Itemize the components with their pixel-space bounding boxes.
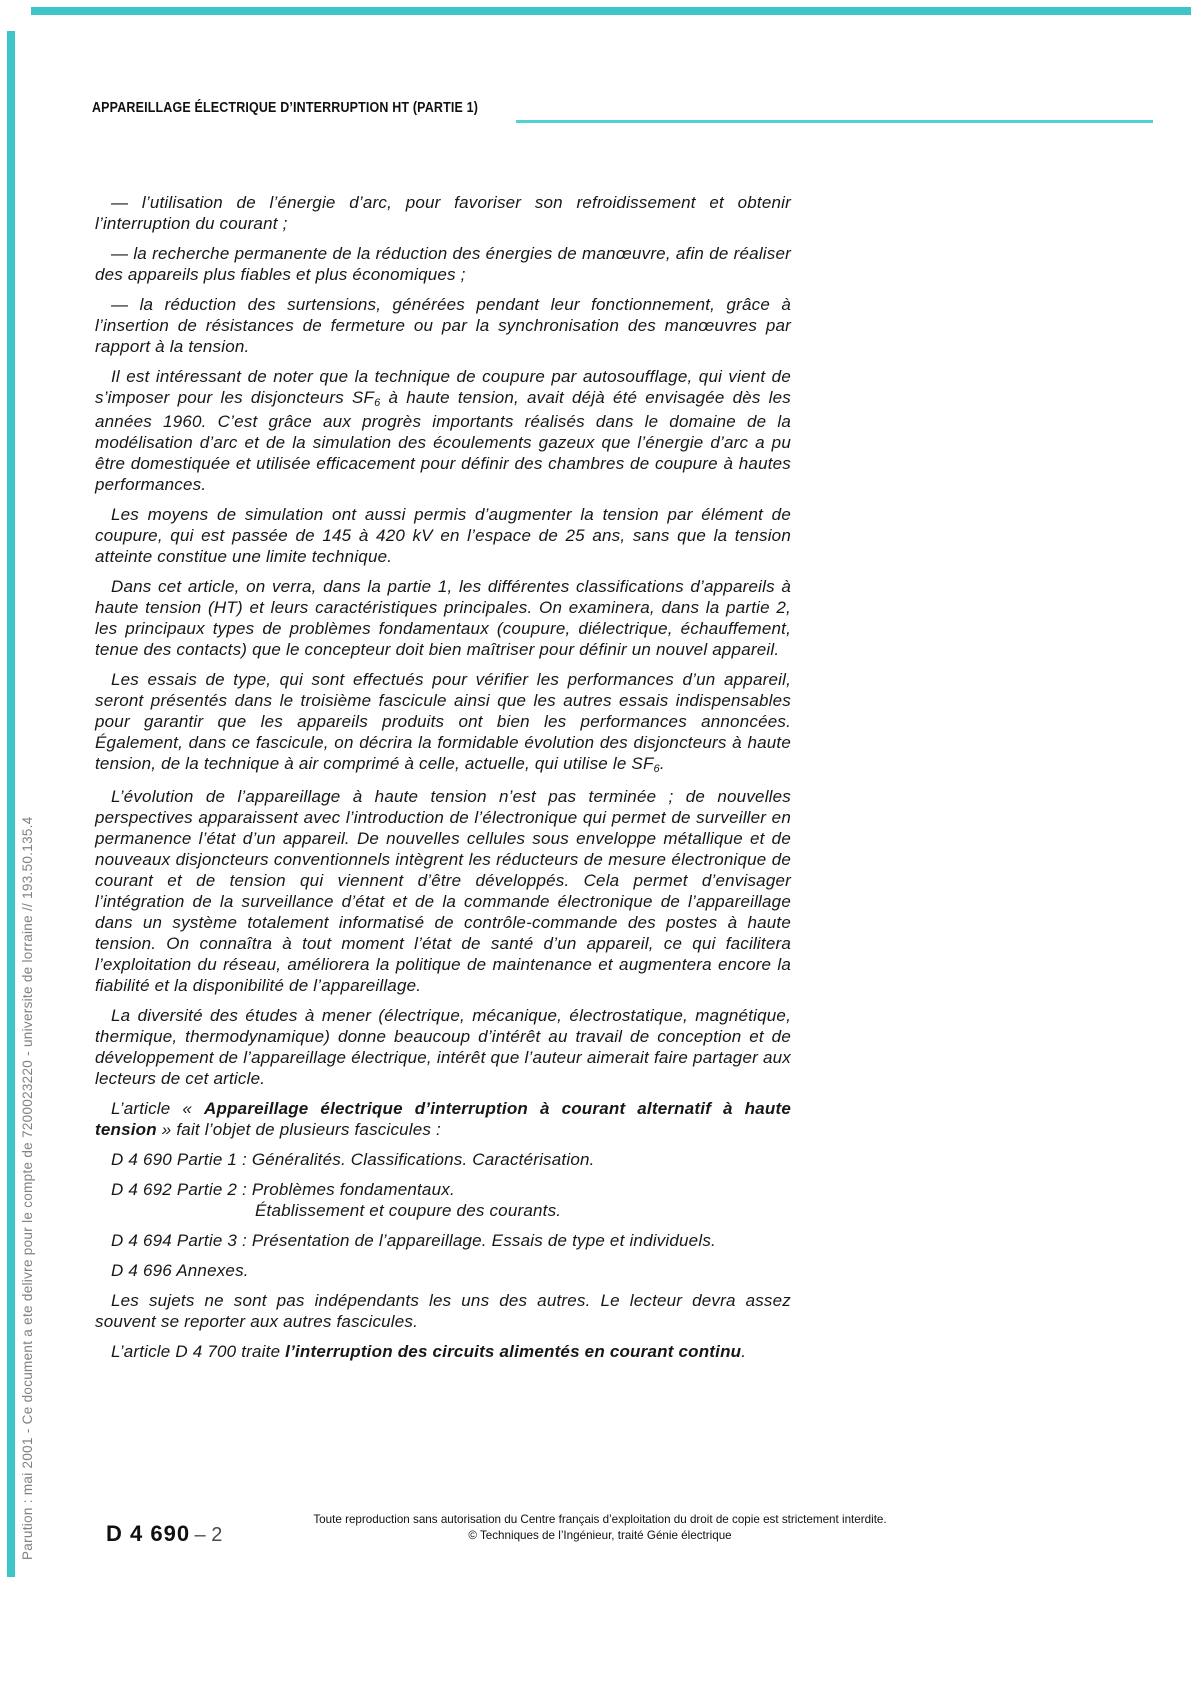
paragraph: L’article D 4 700 traite l’interruption … <box>95 1341 791 1362</box>
paragraph: D 4 692 Partie 2 : Problèmes fondamentau… <box>95 1179 791 1221</box>
page-border-top-rule <box>31 7 1191 15</box>
copyright-line-1: Toute reproduction sans autorisation du … <box>265 1511 934 1527</box>
sidebar-vertical-note: Parution : mai 2001 - Ce document a ete … <box>20 816 35 1560</box>
paragraph: — l’utilisation de l’énergie d’arc, pour… <box>95 192 791 234</box>
paragraph: — la recherche permanente de la réductio… <box>95 243 791 285</box>
document-page: APPAREILLAGE ÉLECTRIQUE D’INTERRUPTION H… <box>0 0 1191 1684</box>
page-title: APPAREILLAGE ÉLECTRIQUE D’INTERRUPTION H… <box>92 100 478 116</box>
page-border-left-rule <box>7 31 15 1577</box>
paragraph: D 4 694 Partie 3 : Présentation de l’app… <box>95 1230 791 1251</box>
footer-doc-reference: D 4 690 – 2 <box>106 1521 222 1547</box>
paragraph: Les essais de type, qui sont effectués p… <box>95 669 791 777</box>
paragraph: Il est intéressant de noter que la techn… <box>95 366 791 495</box>
footer-copyright: Toute reproduction sans autorisation du … <box>265 1511 934 1543</box>
copyright-line-2: © Techniques de l’Ingénieur, traité Géni… <box>265 1527 934 1543</box>
paragraph: La diversité des études à mener (électri… <box>95 1005 791 1089</box>
header-rule <box>516 120 1153 123</box>
paragraph: L’article « Appareillage électrique d’in… <box>95 1098 791 1140</box>
article-body: — l’utilisation de l’énergie d’arc, pour… <box>95 192 791 1371</box>
paragraph: Les sujets ne sont pas indépendants les … <box>95 1290 791 1332</box>
doc-number: D 4 690 <box>106 1521 190 1546</box>
paragraph: D 4 690 Partie 1 : Généralités. Classifi… <box>95 1149 791 1170</box>
page-number: – 2 <box>195 1524 223 1546</box>
paragraph: Dans cet article, on verra, dans la part… <box>95 576 791 660</box>
paragraph: L’évolution de l’appareillage à haute te… <box>95 786 791 996</box>
paragraph: — la réduction des surtensions, générées… <box>95 294 791 357</box>
paragraph: Les moyens de simulation ont aussi permi… <box>95 504 791 567</box>
paragraph: D 4 696 Annexes. <box>95 1260 791 1281</box>
